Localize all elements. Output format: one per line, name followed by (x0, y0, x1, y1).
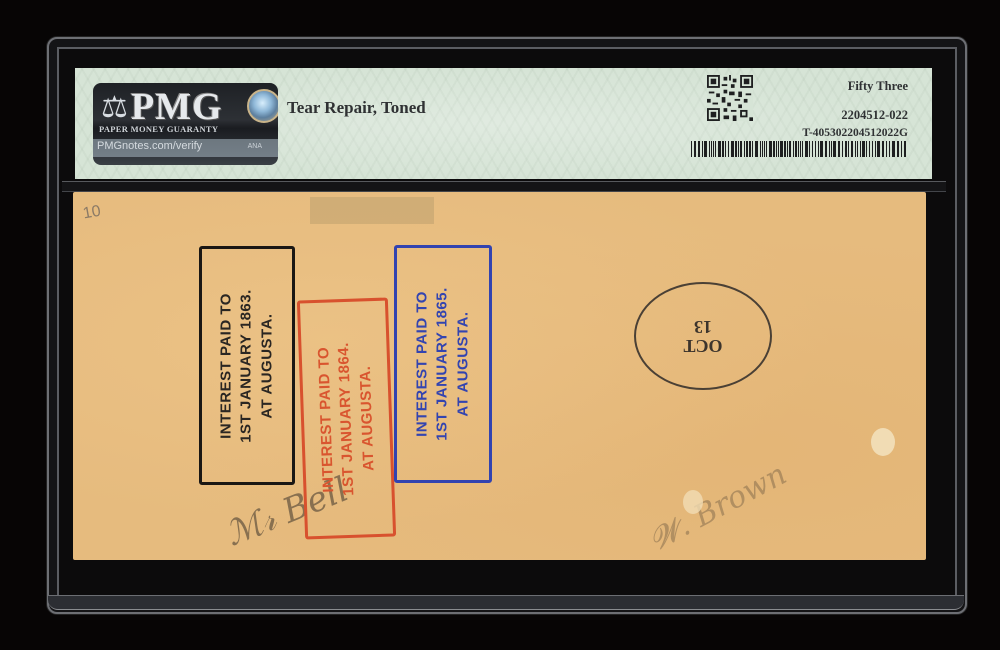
pencil-mark: 10 (82, 203, 103, 224)
slab-divider-rail (62, 181, 946, 192)
qr-code-icon (707, 75, 753, 121)
stamp-line: 1ST JANUARY 1865. (433, 287, 453, 441)
interest-stamp-1865: INTEREST PAID TO 1ST JANUARY 1865. AT AU… (394, 245, 492, 483)
postmark-month: OCT (683, 336, 722, 355)
affiliation: ANA (248, 143, 262, 150)
stamp-line: INTEREST PAID TO (413, 287, 433, 441)
scales-logo-icon: ⚖ (101, 93, 128, 123)
verify-url: PMGnotes.com/verify (97, 140, 202, 152)
signature-right: 𝓦. Brown (644, 457, 793, 558)
stamp-line: INTEREST PAID TO (217, 289, 237, 443)
hologram-icon (247, 89, 278, 123)
stamp-line: 1ST JANUARY 1863. (237, 289, 257, 443)
circular-postmark: OCT 13 (634, 282, 772, 390)
postmark-date: OCT 13 (683, 317, 722, 355)
tape-repair (310, 197, 434, 224)
slab-bottom-rail (48, 595, 964, 610)
pmg-label: ⚖ PMG PAPER MONEY GUARANTY PMGnotes.com/… (75, 68, 932, 179)
cert-number: 2204512-022 (841, 108, 908, 123)
paper-spot (683, 490, 703, 514)
grade-text: Fifty Three (848, 79, 908, 94)
barcode-icon (691, 141, 907, 157)
tracking-code: T-405302204512022G (802, 127, 908, 139)
stamp-line: AT AUGUSTA. (453, 287, 473, 441)
paper-spot (871, 428, 895, 456)
brand-tagline: PAPER MONEY GUARANTY (99, 124, 218, 134)
postmark-day: 13 (683, 317, 722, 336)
pmg-logo: ⚖ PMG PAPER MONEY GUARANTY PMGnotes.com/… (93, 83, 278, 165)
interest-stamp-1863: INTEREST PAID TO 1ST JANUARY 1863. AT AU… (199, 246, 295, 485)
interest-stamp-1864: INTEREST PAID TO 1ST JANUARY 1864. AT AU… (297, 297, 396, 539)
brand-name: PMG (131, 85, 223, 129)
stamp-line: AT AUGUSTA. (257, 289, 277, 443)
label-comments: Tear Repair, Toned (287, 98, 426, 118)
banknote-back: 10 ℳ𝓇 Bell 𝓦. Brown INTEREST PAID TO 1ST… (73, 192, 926, 560)
